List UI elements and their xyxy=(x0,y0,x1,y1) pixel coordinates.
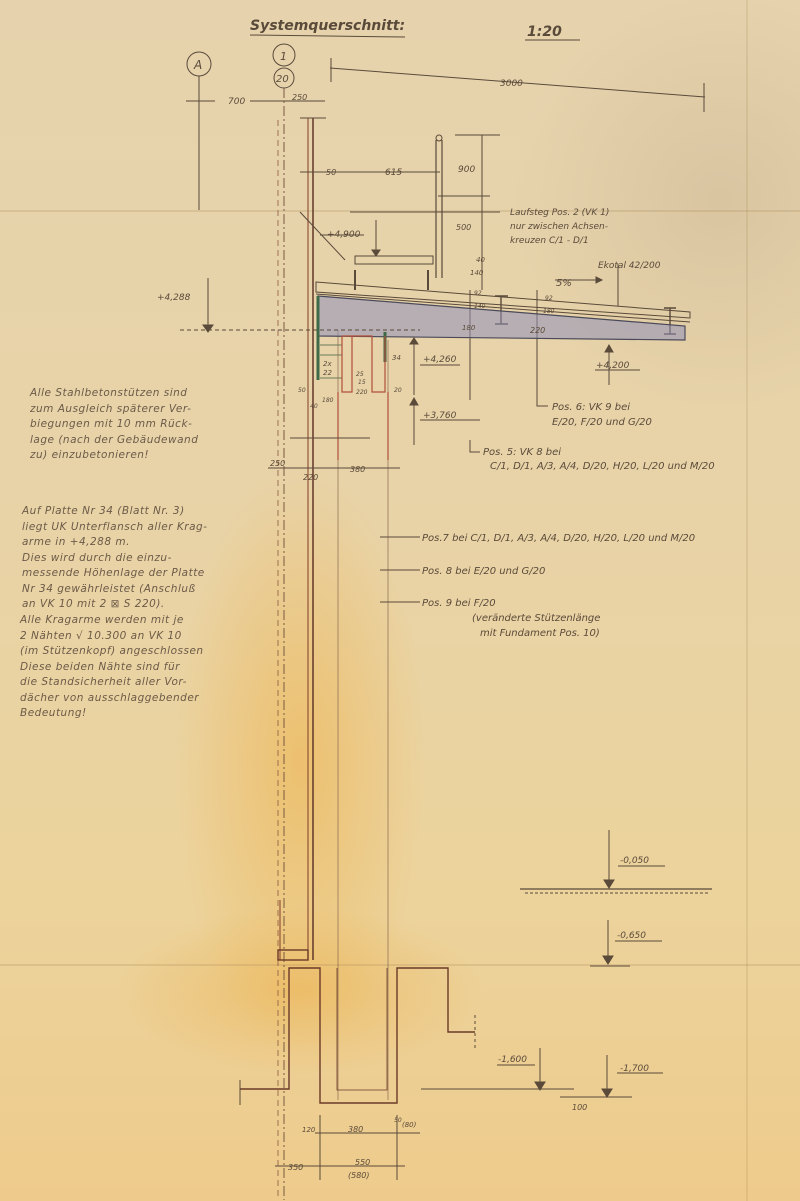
dim-92a: 92 xyxy=(474,290,482,297)
note-line: zum Ausgleich späterer Ver- xyxy=(30,402,198,418)
note-line: Nr 34 gewährleistet (Anschluß xyxy=(22,582,207,598)
slope-label: 5% xyxy=(556,278,572,289)
dim-100: 100 xyxy=(572,1103,587,1112)
note-line: an VK 10 mit 2 ⊠ S 220). xyxy=(22,597,207,613)
pos5-callout-1: Pos. 5: VK 8 bei xyxy=(483,447,561,458)
pos6-callout-2: E/20, F/20 und G/20 xyxy=(552,417,652,428)
note-line: lage (nach der Gebäudewand xyxy=(30,433,198,449)
level-4900: +4,900 xyxy=(327,230,361,240)
note-line: biegungen mit 10 mm Rück- xyxy=(30,417,198,433)
pos8-callout: Pos. 8 bei E/20 und G/20 xyxy=(422,566,545,577)
ekotal-callout: Ekotal 42/200 xyxy=(598,261,661,271)
dim-180c: 180 xyxy=(322,397,334,404)
laufsteg-callout-2: nur zwischen Achsen- xyxy=(510,222,608,232)
note-line: Diese beiden Nähte sind für xyxy=(20,660,204,676)
level-minus-1700: -1,700 xyxy=(620,1064,649,1074)
pos9-callout-1: Pos. 9 bei F/20 xyxy=(422,598,496,609)
pos5-callout-2: C/1, D/1, A/3, A/4, D/20, H/20, L/20 und… xyxy=(490,461,715,472)
drawing-scale: 1:20 xyxy=(527,24,562,40)
dim-50: 50 xyxy=(326,168,336,177)
dim-220c: 220 xyxy=(303,473,318,482)
note-line: Dies wird durch die einzu- xyxy=(22,551,207,567)
dim-220: 220 xyxy=(530,326,545,335)
dim-120: 120 xyxy=(302,1126,316,1134)
note-line: die Standsicherheit aller Vor- xyxy=(20,675,204,691)
dim-40b: 40 xyxy=(310,403,318,410)
dim-580: (580) xyxy=(348,1171,370,1180)
dim-3000: 3000 xyxy=(500,79,523,89)
level-minus-050: -0,050 xyxy=(620,856,649,866)
pos9-callout-3: mit Fundament Pos. 10) xyxy=(480,628,600,639)
dim-615: 615 xyxy=(385,168,402,178)
note-column-offset: Alle Stahlbetonstützen sind zum Ausgleic… xyxy=(30,386,198,464)
dim-220b: 220 xyxy=(356,389,368,396)
dim-50b: 50 xyxy=(298,387,306,394)
level-4288: +4,288 xyxy=(157,293,191,303)
pos6-callout-1: Pos. 6: VK 9 bei xyxy=(552,402,630,413)
pos9-callout-2: (veränderte Stützenlänge xyxy=(472,613,600,624)
dim-380b: 380 xyxy=(348,1125,363,1134)
pos7-callout: Pos.7 bei C/1, D/1, A/3, A/4, D/20, H/20… xyxy=(422,533,695,544)
axis-a-label: A xyxy=(193,58,202,72)
dim-40: 40 xyxy=(476,256,485,264)
dim-140b: 140 xyxy=(474,303,486,310)
dim-25: 25 xyxy=(356,371,364,378)
laufsteg-callout-1: Laufsteg Pos. 2 (VK 1) xyxy=(510,208,609,218)
dim-180a: 180 xyxy=(543,308,555,315)
dim-250b: 250 xyxy=(270,459,285,468)
note-line: 2 Nähten √ 10.300 an VK 10 xyxy=(20,629,204,645)
dim-140: 140 xyxy=(470,269,484,277)
note-line: zu) einzubetonieren! xyxy=(30,448,198,464)
dim-350: 350 xyxy=(288,1163,303,1172)
title-underline xyxy=(250,35,405,37)
level-4260: +4,260 xyxy=(423,355,457,365)
level-minus-650: -0,650 xyxy=(617,931,646,941)
drawing-title: Systemquerschnitt: xyxy=(250,18,405,34)
note-line: dächer von ausschlaggebender xyxy=(20,691,204,707)
note-welds: Alle Kragarme werden mit je 2 Nähten √ 1… xyxy=(20,613,204,722)
dim-15: 15 xyxy=(358,379,366,386)
level-minus-1600: -1,600 xyxy=(498,1055,527,1065)
note-plate-34: Auf Platte Nr 34 (Blatt Nr. 3) liegt UK … xyxy=(22,504,207,613)
note-line: Alle Stahlbetonstützen sind xyxy=(30,386,198,402)
note-line: Auf Platte Nr 34 (Blatt Nr. 3) xyxy=(22,504,207,520)
note-line: messende Höhenlage der Platte xyxy=(22,566,207,582)
dim-500: 500 xyxy=(456,223,471,232)
foundation xyxy=(240,950,475,1103)
column-head xyxy=(338,336,388,460)
dim-34: 34 xyxy=(392,354,401,362)
dim-550: 550 xyxy=(355,1158,370,1167)
note-line: Alle Kragarme werden mit je xyxy=(20,613,204,629)
dim-50c: 50 xyxy=(394,1117,402,1124)
note-line: arme in +4,288 m. xyxy=(22,535,207,551)
level-3760: +3,760 xyxy=(423,411,457,421)
note-line: liegt UK Unterflansch aller Krag- xyxy=(22,520,207,536)
dim-22: 22 xyxy=(323,369,332,377)
dim-20b: 20 xyxy=(394,387,402,394)
dim-700: 700 xyxy=(228,97,245,107)
dim-2x: 2x xyxy=(323,360,332,368)
dim-250: 250 xyxy=(292,93,307,102)
dim-380: 380 xyxy=(350,465,365,474)
dim-92b: 92 xyxy=(545,295,553,302)
note-line: (im Stützenkopf) angeschlossen xyxy=(20,644,204,660)
dim-900: 900 xyxy=(458,165,475,175)
level-4200: +4,200 xyxy=(596,361,630,371)
axis-1-label: 1 xyxy=(280,50,287,63)
note-line: Bedeutung! xyxy=(20,706,204,722)
dim-180b: 180 xyxy=(462,324,476,332)
dim-80: (80) xyxy=(402,1121,417,1129)
laufsteg-callout-3: kreuzen C/1 - D/1 xyxy=(510,236,589,246)
axis-20-label: 20 xyxy=(276,74,289,85)
